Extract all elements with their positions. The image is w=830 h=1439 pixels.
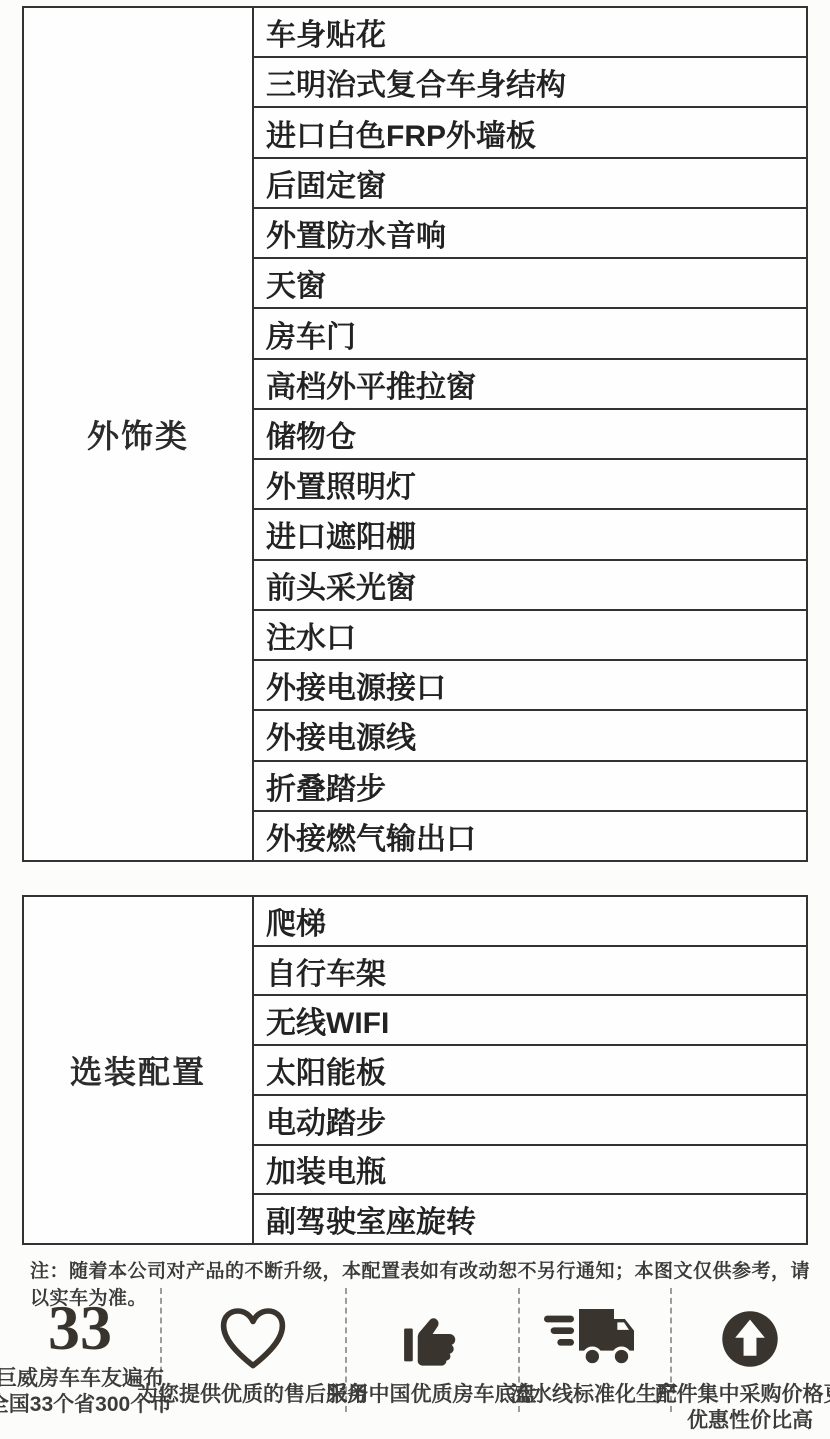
- item-label: 外接电源接口: [266, 663, 446, 707]
- item-label: 进口遮阳棚: [266, 512, 416, 556]
- table-row: 进口白色FRP外墙板: [254, 108, 806, 158]
- optional-config-table: 选装配置 爬梯 自行车架 无线WIFI 太阳能板 电动踏步 加装电瓶 副驾驶室座…: [22, 895, 808, 1245]
- arrow-up-circle-icon: [721, 1306, 779, 1372]
- table-row: 后固定窗: [254, 159, 806, 209]
- footer-item-service: 为您提供优质的售后服务: [160, 1284, 345, 1439]
- item-label: 外接燃气输出口: [266, 814, 476, 858]
- item-label: 外置防水音响: [266, 211, 446, 255]
- table-row: 自行车架: [254, 947, 806, 997]
- category-cell-exterior: 外饰类: [24, 8, 254, 860]
- table-row: 外接电源接口: [254, 661, 806, 711]
- item-label: 加装电瓶: [266, 1147, 386, 1191]
- table-row: 太阳能板: [254, 1046, 806, 1096]
- footer-item-text: 配件集中采购价格更 优惠性价比高: [656, 1382, 830, 1434]
- table-row: 加装电瓶: [254, 1146, 806, 1196]
- table-row: 三明治式复合车身结构: [254, 58, 806, 108]
- category-cell-optional: 选装配置: [24, 897, 254, 1243]
- table-row: 外置照明灯: [254, 460, 806, 510]
- item-label: 副驾驶室座旋转: [266, 1197, 476, 1241]
- table-row: 爬梯: [254, 897, 806, 947]
- table-row: 无线WIFI: [254, 996, 806, 1046]
- item-label: 折叠踏步: [266, 764, 386, 808]
- item-label: 车身贴花: [266, 10, 386, 54]
- table-row: 折叠踏步: [254, 762, 806, 812]
- item-label: 天窗: [266, 261, 326, 305]
- thumbs-up-icon: [401, 1306, 463, 1372]
- item-label: 进口白色FRP外墙板: [266, 111, 536, 155]
- table-row: 进口遮阳棚: [254, 510, 806, 560]
- category-label: 外饰类: [87, 411, 189, 457]
- table-row: 高档外平推拉窗: [254, 360, 806, 410]
- table-row: 注水口: [254, 611, 806, 661]
- table-row: 电动踏步: [254, 1096, 806, 1146]
- category-label: 选装配置: [70, 1047, 206, 1093]
- footer-item-network: 33 巨威房车车友遍布 全国33个省300个市: [0, 1284, 160, 1439]
- table-row: 车身贴花: [254, 8, 806, 58]
- heart-icon: [218, 1306, 288, 1372]
- exterior-table: 外饰类 车身贴花 三明治式复合车身结构 进口白色FRP外墙板 后固定窗 外置防水…: [22, 6, 808, 862]
- items-column: 爬梯 自行车架 无线WIFI 太阳能板 电动踏步 加装电瓶 副驾驶室座旋转: [254, 897, 806, 1243]
- footer-item-production: 流水线标准化生产: [518, 1284, 670, 1439]
- number-33: 33: [48, 1298, 112, 1358]
- item-label: 外接电源线: [266, 713, 416, 757]
- footer-item-parts: 配件集中采购价格更 优惠性价比高: [670, 1284, 830, 1439]
- item-label: 前头采光窗: [266, 563, 416, 607]
- table-row: 外置防水音响: [254, 209, 806, 259]
- truck-icon: [544, 1306, 644, 1372]
- item-label: 后固定窗: [266, 161, 386, 205]
- item-label: 注水口: [266, 613, 356, 657]
- item-label: 外置照明灯: [266, 462, 416, 506]
- footer: 33 巨威房车车友遍布 全国33个省300个市 为您提供优质的售后服务: [0, 1284, 830, 1439]
- item-label: 高档外平推拉窗: [266, 362, 476, 406]
- item-label: 太阳能板: [266, 1048, 386, 1092]
- item-label: 爬梯: [266, 899, 326, 943]
- footer-item-text: 流水线标准化生产: [510, 1382, 678, 1408]
- table-row: 天窗: [254, 259, 806, 309]
- items-column: 车身贴花 三明治式复合车身结构 进口白色FRP外墙板 后固定窗 外置防水音响 天…: [254, 8, 806, 860]
- table-row: 储物仓: [254, 410, 806, 460]
- table-row: 房车门: [254, 309, 806, 359]
- footer-item-chassis: 采用中国优质房车底盘: [345, 1284, 518, 1439]
- item-label: 储物仓: [266, 412, 356, 456]
- table-row: 外接电源线: [254, 711, 806, 761]
- table-row: 前头采光窗: [254, 561, 806, 611]
- item-label: 无线WIFI: [266, 998, 389, 1042]
- footer-item-text: 采用中国优质房车底盘: [327, 1382, 537, 1408]
- item-label: 自行车架: [266, 949, 386, 993]
- table-row: 外接燃气输出口: [254, 812, 806, 860]
- table-row: 副驾驶室座旋转: [254, 1195, 806, 1243]
- item-label: 电动踏步: [266, 1098, 386, 1142]
- item-label: 三明治式复合车身结构: [266, 60, 566, 104]
- item-label: 房车门: [266, 312, 356, 356]
- rv-config-sheet: 外饰类 车身贴花 三明治式复合车身结构 进口白色FRP外墙板 后固定窗 外置防水…: [0, 0, 830, 1439]
